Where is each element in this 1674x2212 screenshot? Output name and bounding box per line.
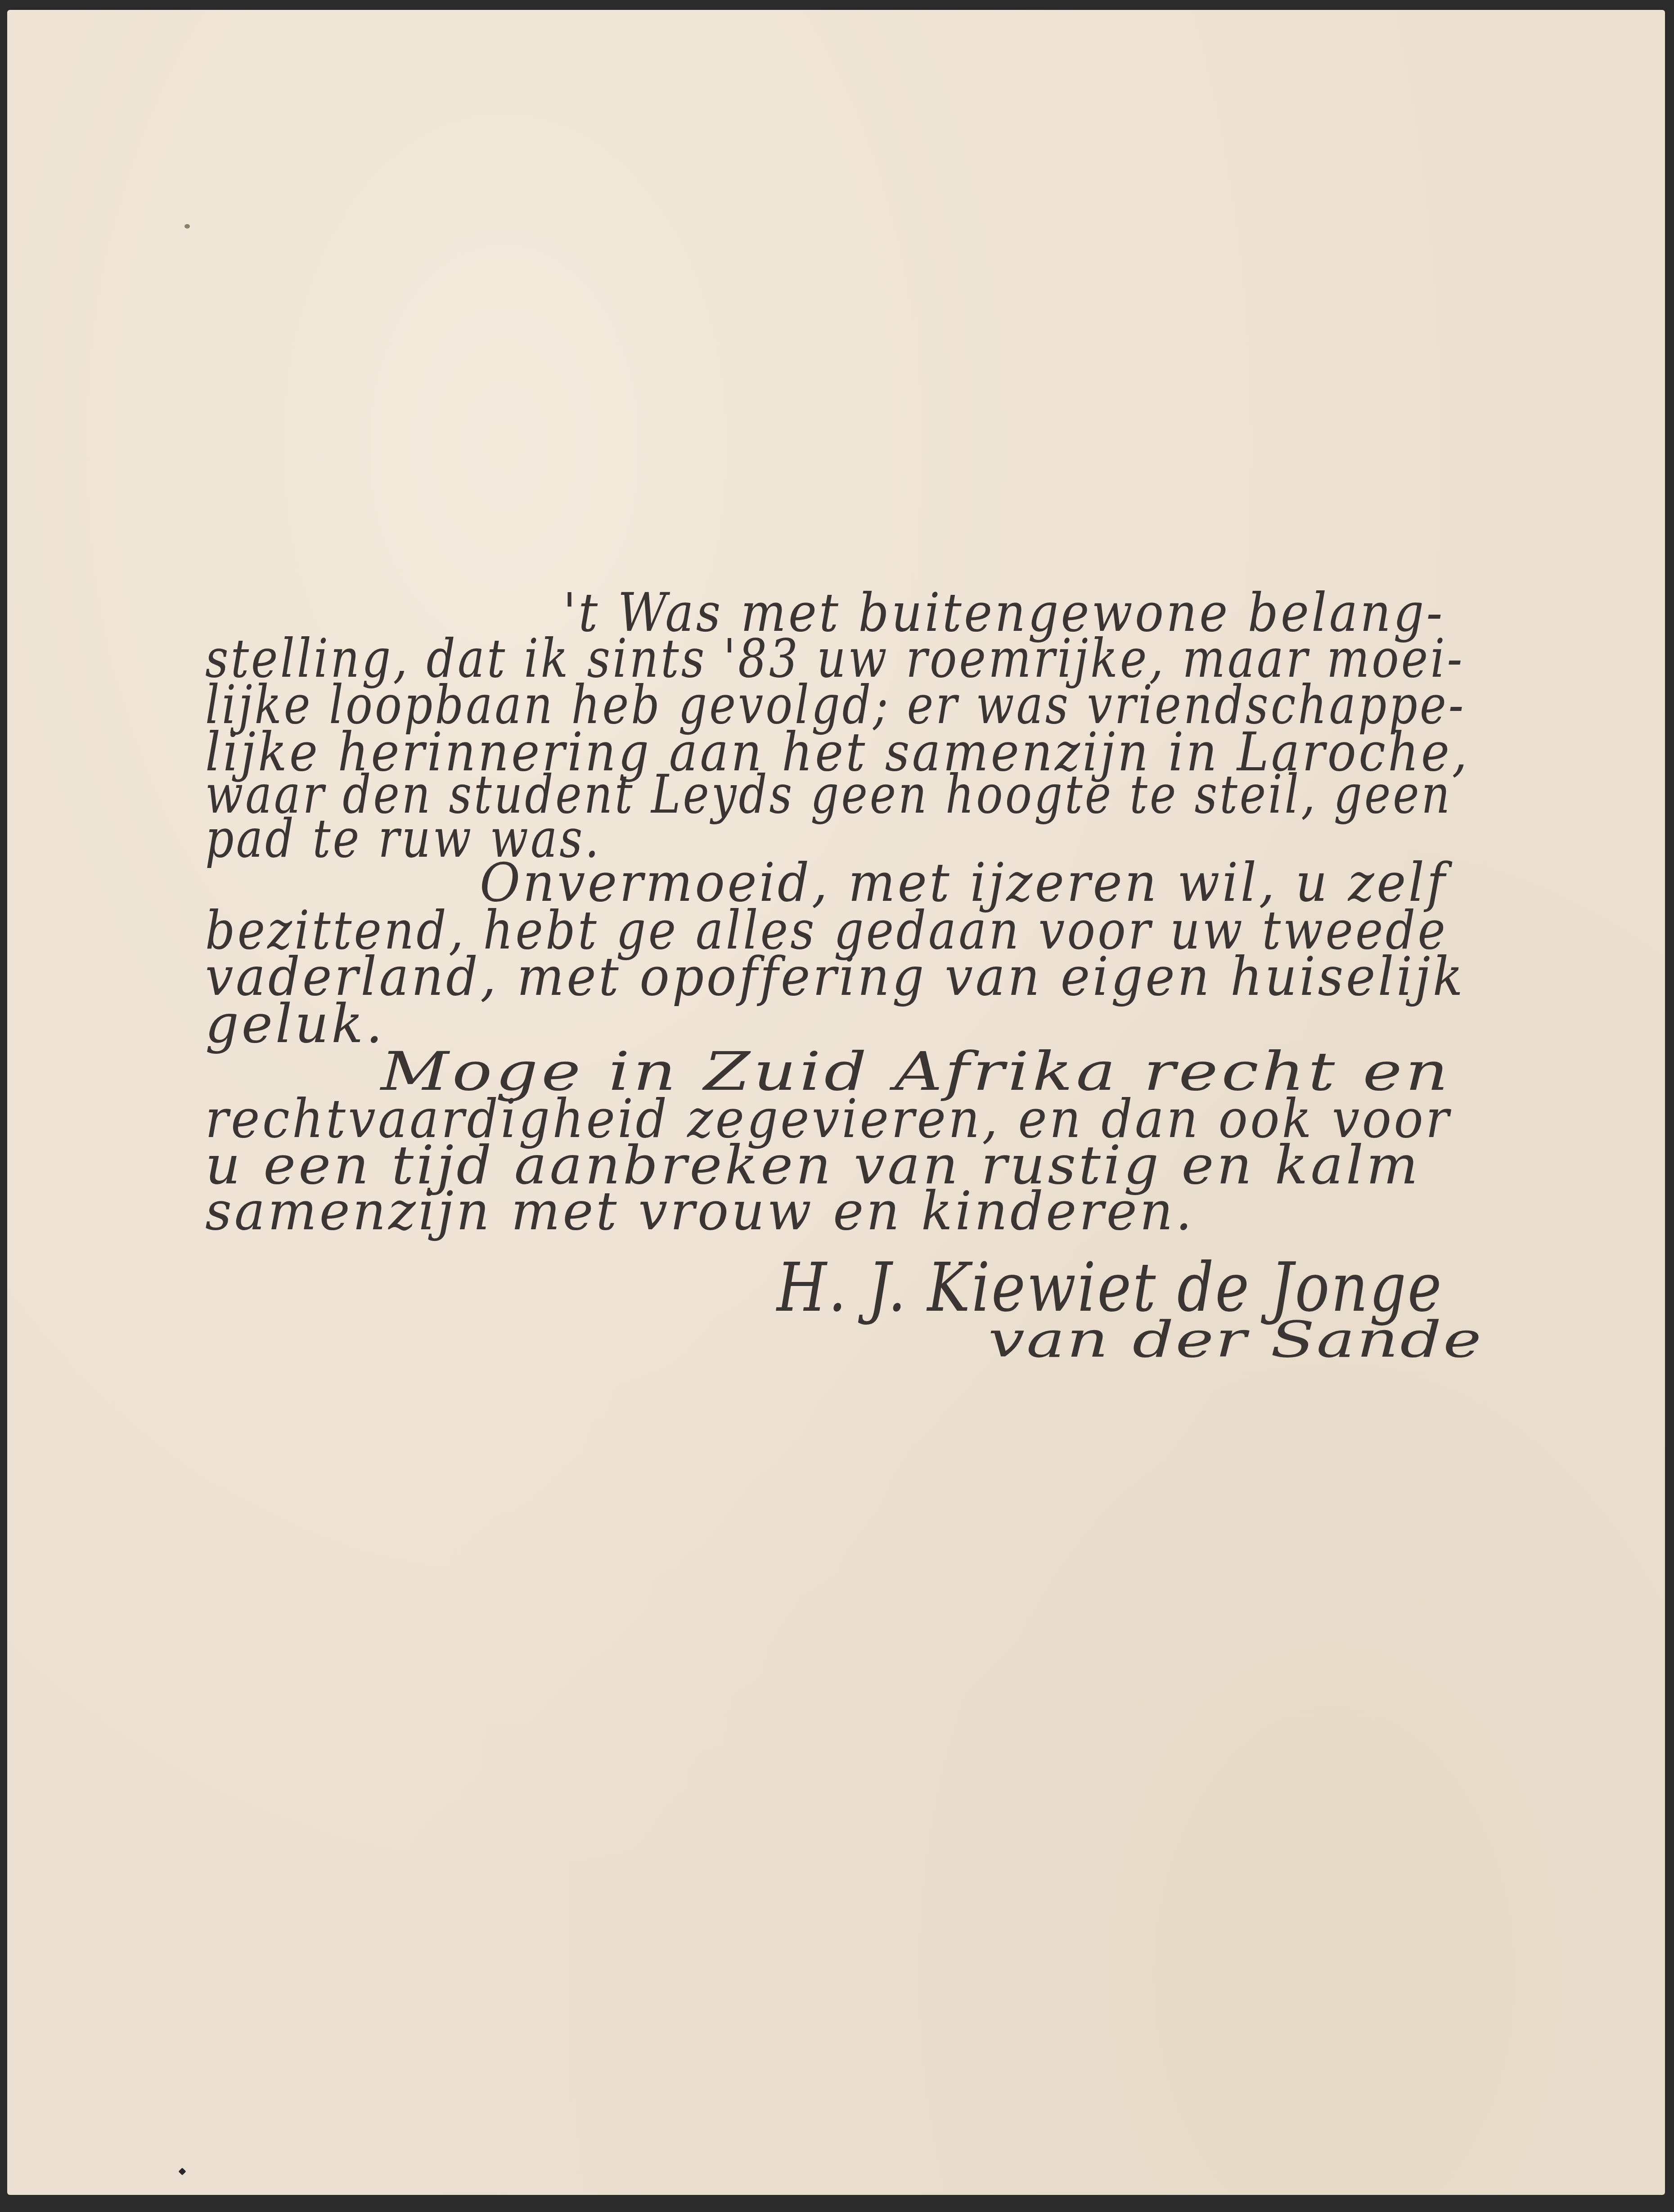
- letter-line-2-3: vaderland, met opoffering van eigen huis…: [205, 950, 1465, 1003]
- paper-spot: [184, 224, 190, 229]
- letter-paper: 't Was met buitengewone belang- stelling…: [7, 10, 1665, 2195]
- letter-line-2-4: geluk.: [205, 997, 385, 1050]
- letter-line-3-4: samenzijn met vrouw en kinderen.: [205, 1184, 1195, 1237]
- pinhole-mark: [179, 2168, 186, 2176]
- signature-name-continued: van der Sande: [988, 1315, 1483, 1364]
